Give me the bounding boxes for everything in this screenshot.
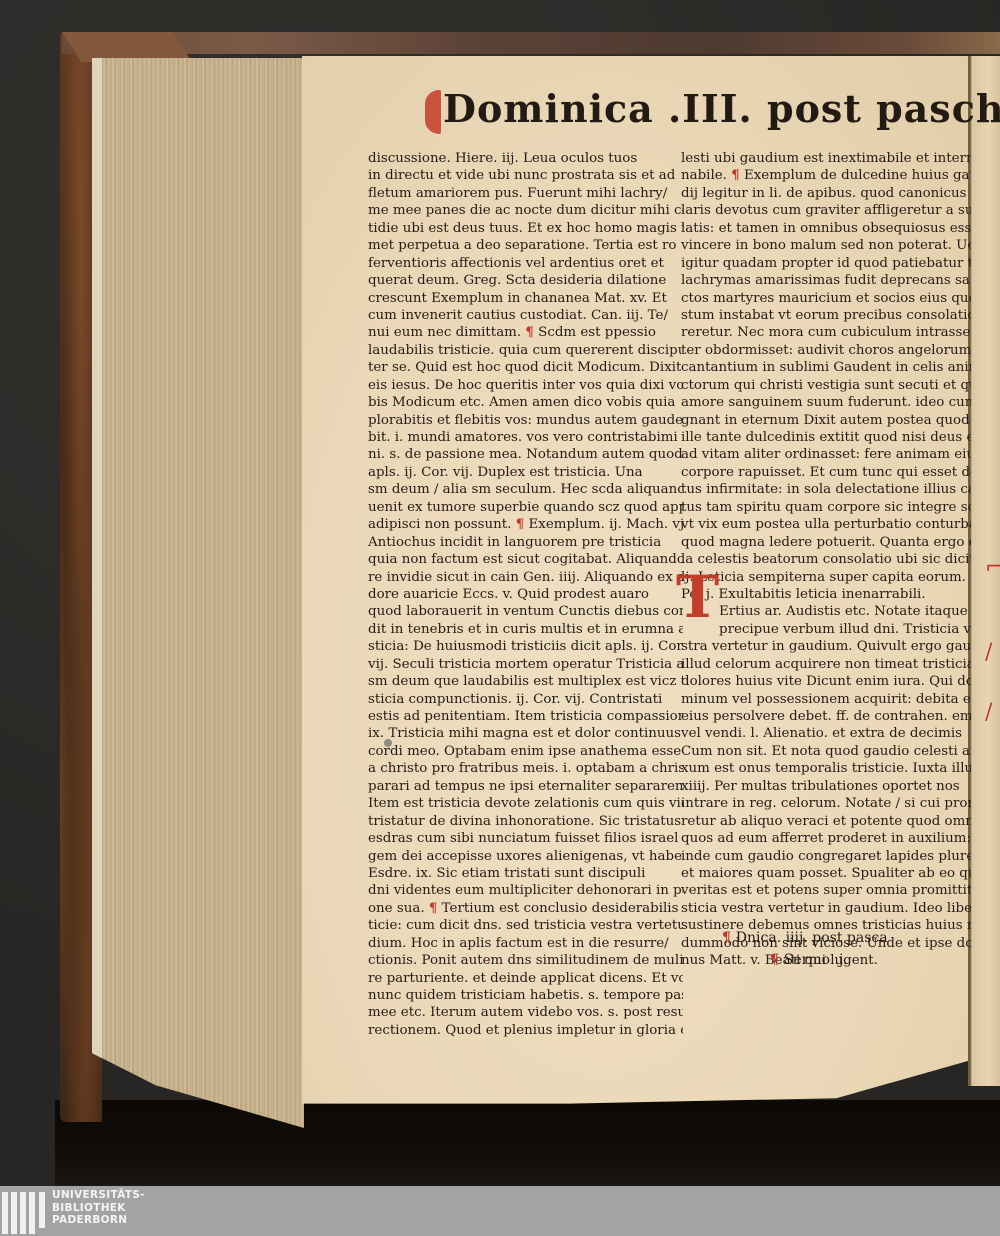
book-shadow bbox=[55, 1100, 1000, 1186]
text-line: fletum amariorem pus. Fuerunt mihi lachr… bbox=[368, 185, 683, 202]
text-line: stra vertetur in gaudium. Quivult ergo g… bbox=[681, 638, 971, 655]
text-line: plorabitis et flebitis vos: mundus autem… bbox=[368, 412, 683, 429]
text-line: eis iesus. De hoc queritis inter vos qui… bbox=[368, 377, 683, 394]
text-line: one sua. ¶ Tertium est conclusio desider… bbox=[368, 900, 683, 917]
text-line: quos ad eum afferret proderet in auxiliu… bbox=[681, 830, 971, 847]
facing-page-rubric-mark-icon: / bbox=[985, 700, 992, 725]
text-line: lesti ubi gaudium est inextimabile et in… bbox=[681, 150, 971, 167]
text-line: Ertius ar. Audistis etc. Notate itaque bbox=[681, 603, 971, 620]
text-line: ferventioris affectionis vel ardentius o… bbox=[368, 255, 683, 272]
text-line: ad vitam aliter ordinasset: fere animam … bbox=[681, 446, 971, 463]
text-line: dore auaricie Eccs. v. Quid prodest auar… bbox=[368, 586, 683, 603]
text-line: vel vendi. l. Alienatio. et extra de dec… bbox=[681, 725, 971, 742]
text-line: stum instabat vt eorum precibus consolat… bbox=[681, 307, 971, 324]
text-line: inde cum gaudio congregaret lapides plur… bbox=[681, 848, 971, 865]
heading-text: Dominica .III. post pascha bbox=[443, 86, 1000, 131]
text-line: tristatur de divina inhonoratione. Sic t… bbox=[368, 813, 683, 830]
text-line: cordi meo. Optabam enim ipse anathema es… bbox=[368, 743, 683, 760]
text-line: lachrymas amarissimas fudit deprecans sa bbox=[681, 272, 971, 289]
text-line: ille tante dulcedinis extitit quod nisi … bbox=[681, 429, 971, 446]
text-line: vincere in bono malum sed non poterat. U… bbox=[681, 237, 971, 254]
text-line: corpore rapuisset. Et cum tunc qui esset… bbox=[681, 464, 971, 481]
text-line: retur ab aliquo veraci et potente quod o… bbox=[681, 813, 971, 830]
text-line: illud celorum acquirere non timeat trist… bbox=[681, 656, 971, 673]
text-line: querat deum. Greg. Scta desideria dilati… bbox=[368, 272, 683, 289]
facing-page-rubric-mark-icon: ⌐ bbox=[985, 555, 1000, 580]
text-line: apls. ij. Cor. vij. Duplex est tristicia… bbox=[368, 464, 683, 481]
text-line: sticia compunctionis. ij. Cor. vij. Cont… bbox=[368, 691, 683, 708]
text-line: laris devotus cum graviter affligeretur … bbox=[681, 202, 971, 219]
text-line: intrare in reg. celorum. Notate / si cui… bbox=[681, 795, 971, 812]
text-line: veritas est et potens super omnia promit… bbox=[681, 882, 971, 899]
text-line: tidie ubi est deus tuus. Et ex hoc homo … bbox=[368, 220, 683, 237]
pilcrow-icon: ¶ bbox=[516, 516, 525, 532]
page-fore-edge bbox=[92, 58, 304, 1128]
text-line: reretur. Nec mora cum cubiculum intrasse… bbox=[681, 324, 971, 341]
text-line: Esdre. ix. Sic etiam tristati sunt disci… bbox=[368, 865, 683, 882]
text-line: et maiores quam posset. Spualiter ab eo … bbox=[681, 865, 971, 882]
text-line: gem dei accepisse uxores alienigenas, vt… bbox=[368, 848, 683, 865]
text-line: ctionis. Ponit autem dns similitudinem d… bbox=[368, 952, 683, 969]
page-heading: Dominica .III. post pascha bbox=[425, 86, 895, 142]
text-line: dium. Hoc in aplis factum est in die res… bbox=[368, 935, 683, 952]
library-logo-text: UNIVERSITÄTS- BIBLIOTHEK PADERBORN bbox=[52, 1189, 145, 1227]
text-line: mee etc. Iterum autem videbo vos. s. pos… bbox=[368, 1004, 683, 1021]
text-line: discussione. Hiere. iij. Leua oculos tuo… bbox=[368, 150, 683, 167]
text-line: latis: et tamen in omnibus obsequiosus e… bbox=[681, 220, 971, 237]
text-line: adipisci non possunt. ¶ Exemplum. ij. Ma… bbox=[368, 516, 683, 533]
text-line: nabile. ¶ Exemplum de dulcedine huius ga… bbox=[681, 167, 971, 184]
text-line: sticia vestra vertetur in gaudium. Ideo … bbox=[681, 900, 971, 917]
text-line: ix. Tristicia mihi magna est et dolor co… bbox=[368, 725, 683, 742]
text-column-right: lesti ubi gaudium est inextimabile et in… bbox=[681, 150, 971, 970]
text-line: rectionem. Quod et plenius impletur in g… bbox=[368, 1022, 683, 1039]
text-line: bis Modicum etc. Amen amen dico vobis qu… bbox=[368, 394, 683, 411]
next-section-subtitle: ¶ Sermo .j. bbox=[770, 952, 848, 968]
next-section-title: ¶ Dnica. iiij. post pasca bbox=[722, 930, 888, 946]
text-line: igitur quadam propter id quod patiebatur… bbox=[681, 255, 971, 272]
text-line: uenit ex tumore superbie quando scz quod… bbox=[368, 499, 683, 516]
text-line: la celestis beatorum consolatio ubi sic … bbox=[681, 551, 971, 568]
text-line: dij legitur in li. de apibus. quod canon… bbox=[681, 185, 971, 202]
pilcrow-icon: ¶ bbox=[525, 324, 534, 340]
text-line: vij. Seculi tristicia mortem operatur Tr… bbox=[368, 656, 683, 673]
text-line: nui eum nec dimittam. ¶ Scdm est ppessio bbox=[368, 324, 683, 341]
text-line: Pe. j. Exultabitis leticia inenarrabili. bbox=[681, 586, 971, 603]
text-line: eius persolvere debet. ff. de contrahen.… bbox=[681, 708, 971, 725]
text-line: esdras cum sibi nunciatum fuisset filios… bbox=[368, 830, 683, 847]
text-line: dolores huius vite Dicunt enim iura. Qui… bbox=[681, 673, 971, 690]
text-line: parari ad tempus ne ipsi eternaliter sep… bbox=[368, 778, 683, 795]
text-line: lj. Leticia sempiterna super capita eoru… bbox=[681, 569, 971, 586]
text-line: nunc quidem tristiciam habetis. s. tempo… bbox=[368, 987, 683, 1004]
rubricated-initial-t-icon: T bbox=[676, 568, 722, 630]
pilcrow-icon: ¶ bbox=[770, 952, 784, 968]
text-line: me mee panes die ac nocte dum dicitur mi… bbox=[368, 202, 683, 219]
text-line: in directu et vide ubi nunc prostrata si… bbox=[368, 167, 683, 184]
text-column-left: discussione. Hiere. iij. Leua oculos tuo… bbox=[368, 150, 683, 1039]
text-line: cum invenerit cautius custodiat. Can. ii… bbox=[368, 307, 683, 324]
text-line: crescunt Exemplum in chananea Mat. xv. E… bbox=[368, 290, 683, 307]
book-cover-corner bbox=[62, 32, 192, 62]
text-line: estis ad penitentiam. Item tristicia com… bbox=[368, 708, 683, 725]
pilcrow-icon: ¶ bbox=[429, 900, 438, 916]
footer-band: UNIVERSITÄTS- BIBLIOTHEK PADERBORN bbox=[0, 1186, 1000, 1236]
text-line: Item est tristicia devote zelationis cum… bbox=[368, 795, 683, 812]
text-line: tus tam spiritu quam corpore sic integre… bbox=[681, 499, 971, 516]
text-line: sm deum / alia sm seculum. Hec scda aliq… bbox=[368, 481, 683, 498]
text-line: precipue verbum illud dni. Tristicia ve/ bbox=[681, 621, 971, 638]
text-line: cantantium in sublimi Gaudent in celis a… bbox=[681, 359, 971, 376]
text-line: re parturiente. et deinde applicat dicen… bbox=[368, 970, 683, 987]
text-line: a christo pro fratribus meis. i. optabam… bbox=[368, 760, 683, 777]
text-line: laudabilis tristicie. quia cum quererent… bbox=[368, 342, 683, 359]
text-line: xum est onus temporalis tristicie. Iuxta… bbox=[681, 760, 971, 777]
pilcrow-icon: ¶ bbox=[722, 930, 736, 946]
text-line: ctorum qui christi vestigia sunt secuti … bbox=[681, 377, 971, 394]
book-cover-top bbox=[62, 32, 1000, 54]
text-line: re invidie sicut in cain Gen. iiij. Aliq… bbox=[368, 569, 683, 586]
text-line: ter se. Quid est hoc quod dicit Modicum.… bbox=[368, 359, 683, 376]
text-line: quod laborauerit in ventum Cunctis diebu… bbox=[368, 603, 683, 620]
text-line: quod magna ledere potuerit. Quanta ergo … bbox=[681, 534, 971, 551]
text-line: sticia: De huiusmodi tristiciis dicit ap… bbox=[368, 638, 683, 655]
text-line: xiiij. Per multas tribulationes oportet … bbox=[681, 778, 971, 795]
text-line: ni. s. de passione mea. Notandum autem q… bbox=[368, 446, 683, 463]
text-line: gnant in eternum Dixit autem postea quod… bbox=[681, 412, 971, 429]
text-line: ter obdormisset: audivit choros angeloru… bbox=[681, 342, 971, 359]
text-line: ticie: cum dicit dns. sed tristicia vest… bbox=[368, 917, 683, 934]
rubric-initial-icon bbox=[425, 90, 441, 134]
text-line: dit in tenebris et in curis multis et in… bbox=[368, 621, 683, 638]
text-line: sm deum que laudabilis est multiplex est… bbox=[368, 673, 683, 690]
text-line: minum vel possessionem acquirit: debita … bbox=[681, 691, 971, 708]
text-line: quia non factum est sicut cogitabat. Ali… bbox=[368, 551, 683, 568]
wormhole-damage bbox=[384, 739, 392, 747]
text-line: ctos martyres mauricium et socios eius q… bbox=[681, 290, 971, 307]
text-line: vt vix eum postea ulla perturbatio contu… bbox=[681, 516, 971, 533]
text-line: met perpetua a deo separatione. Tertia e… bbox=[368, 237, 683, 254]
facing-page-rubric-mark-icon: / bbox=[985, 640, 992, 665]
text-line: Antiochus incidit in languorem pre trist… bbox=[368, 534, 683, 551]
text-line: dni videntes eum multipliciter dehonorar… bbox=[368, 882, 683, 899]
text-line: Cum non sit. Et nota quod gaudio celesti… bbox=[681, 743, 971, 760]
text-line: bit. i. mundi amatores. vos vero contris… bbox=[368, 429, 683, 446]
text-line: amore sanguinem suum fuderunt. ideo cum … bbox=[681, 394, 971, 411]
pilcrow-icon: ¶ bbox=[731, 167, 740, 183]
text-line: tus infirmitate: in sola delectatione il… bbox=[681, 481, 971, 498]
